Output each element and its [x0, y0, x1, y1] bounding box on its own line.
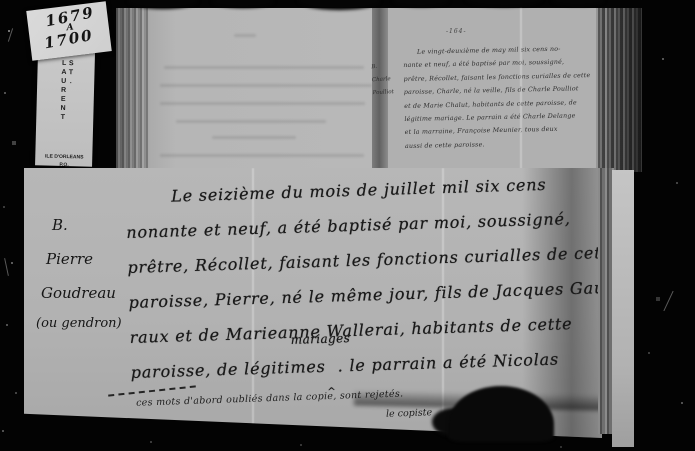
microfilm-frame: -164- B. Charle Poulliot Le vingt-deuxiè…: [0, 0, 695, 451]
margin-note-line: Pierre: [46, 250, 93, 268]
film-scratch: [663, 291, 673, 311]
faint-text-line: [176, 120, 326, 123]
label-place-province: P.Q.: [36, 161, 92, 168]
page-edge-tab: [612, 170, 634, 447]
page-number: -164-: [446, 28, 467, 35]
label-place-region: ILE D'ORLEANS: [36, 153, 92, 160]
film-top-edge-blob: [466, 0, 542, 7]
insertion-word: mariages: [290, 321, 350, 358]
book-right-page: -164- B. Charle Poulliot Le vingt-deuxiè…: [388, 8, 596, 172]
label-place-name: ST. LAURENT: [58, 60, 74, 152]
book-left-page: [116, 8, 372, 172]
faint-text-line: [160, 154, 364, 157]
film-streak: [520, 8, 522, 172]
manuscript-line-part: paroisse, de légitimes: [130, 357, 325, 382]
margin-note-line: (ou gendron): [36, 316, 122, 331]
copyist-signature: le copiste: [386, 407, 433, 420]
film-scratch: [4, 258, 9, 276]
book-spine-texture: [116, 8, 148, 172]
label-year-box: 1679 A 1700: [26, 1, 111, 60]
fore-edge-shading: [596, 8, 642, 172]
film-top-edge-blob: [393, 0, 449, 7]
margin-note-line: B.: [52, 216, 68, 234]
book-entry-text: Le vingt-deuxième de may mil six cens no…: [403, 42, 597, 153]
manuscript-line-part: . le parrain a été Nicolas: [337, 350, 559, 376]
label-year-end: 1700: [43, 26, 95, 52]
faint-text-line: [160, 84, 372, 87]
faint-text-line: [234, 34, 256, 37]
faint-text-line: [212, 136, 296, 139]
film-top-edge-blob: [212, 0, 274, 8]
film-top-edge-blob: [552, 0, 604, 6]
book-fore-edge: [596, 8, 642, 172]
film-specks: [0, 0, 2, 2]
margin-note-line: Goudreau: [41, 284, 116, 302]
faint-text-line: [164, 66, 364, 69]
faint-text-line: [160, 102, 365, 105]
manuscript-line: aussi de cette paroisse.: [405, 136, 597, 153]
film-scratch: [8, 28, 13, 42]
enlarged-entry-text: Le seizième du mois de juillet mil six c…: [125, 165, 601, 390]
